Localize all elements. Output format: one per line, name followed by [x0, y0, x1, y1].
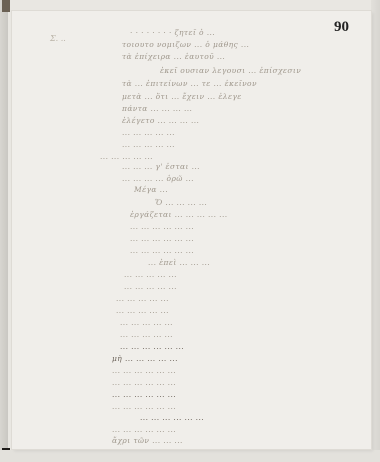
handwritten-line: ... ἐπεὶ ... ... ... [148, 258, 344, 268]
handwritten-line: ... ... ... ... ... ... [112, 366, 346, 376]
handwritten-line: · · · · · · · · ζητεῖ ὁ ... [130, 28, 340, 38]
handwritten-line: μετὰ ... ὅτι ... ἔχειν ... ἐλεγε [122, 92, 344, 102]
handwritten-line: ἐργάζεται ... ... ... ... ... [130, 210, 350, 220]
handwritten-line: ... ... ... ... ... [120, 330, 344, 340]
handwritten-line: ... ... ... ... ... ... [112, 402, 338, 412]
handwritten-line: ... ... ... ... ... [122, 128, 336, 138]
handwritten-line: ... ... ... ... ... [116, 306, 344, 316]
handwritten-line: πάντα ... ... ... ... [122, 104, 346, 114]
handwritten-line: ... ... ... ... ... [124, 270, 346, 280]
handwritten-text-block: · · · · · · · · ζητεῖ ὁ ...τοιουτο νομιζ… [12, 11, 371, 449]
manuscript-page: 90 Σ. .. · · · · · · · · ζητεῖ ὁ ...τοιο… [12, 11, 371, 449]
handwritten-line: ... ... ... ... ... ... [130, 234, 348, 244]
handwritten-line: ἄχρι τῶν ... ... ... [112, 436, 346, 446]
handwritten-line: ... ... ... ... ... ... [112, 390, 348, 400]
handwritten-line: τὰ ἐπίχειρα ... ἑαυτοῦ ... [122, 52, 302, 62]
handwritten-line: ... ... ... ... ... [124, 282, 346, 292]
handwritten-line: ἐκεῖ ουσιαν λεγουσι ... ἐπίσχεσιν [160, 66, 348, 76]
handwritten-line: τοιουτο νομιζων ... ὁ μάθης ... [122, 40, 344, 50]
handwritten-line: ... ... ... ... ... ... [140, 413, 348, 423]
handwritten-line: ... ... ... γ' ἐσται ... [122, 162, 336, 172]
binding-edge [0, 0, 8, 462]
handwritten-line: ... ... ... ... ... [120, 318, 342, 328]
handwritten-line: ἐλέγετο ... ... ... ... [122, 116, 344, 126]
handwritten-line: ... ... ... ... ... ... [130, 222, 350, 232]
handwritten-line: Μέγα ... [134, 185, 194, 195]
handwritten-line: ... ... ... ... ... ... [112, 425, 346, 435]
handwritten-line: ... ... ... ... ... ... [112, 378, 344, 388]
handwritten-line: ... ... ... ... ... ... [120, 342, 346, 352]
handwritten-line: ... ... ... ... ... [122, 140, 342, 150]
binding-tab-top [2, 0, 10, 12]
handwritten-line: Ὅ ... ... ... ... [155, 198, 345, 208]
handwritten-line: ... ... ... ... ... [100, 152, 340, 162]
scan-border-bottom [0, 450, 380, 462]
handwritten-line: ... ... ... ... ὁρῶ ... [122, 174, 344, 184]
handwritten-line: ... ... ... ... ... [116, 294, 346, 304]
handwritten-line: μὴ ... ... ... ... ... [112, 354, 346, 364]
scan-border-right [371, 0, 380, 462]
handwritten-line: ... ... ... ... ... ... [130, 246, 344, 256]
handwritten-line: τὰ ... ἐπιτείνων ... τε ... ἐκεῖνον [122, 79, 348, 89]
